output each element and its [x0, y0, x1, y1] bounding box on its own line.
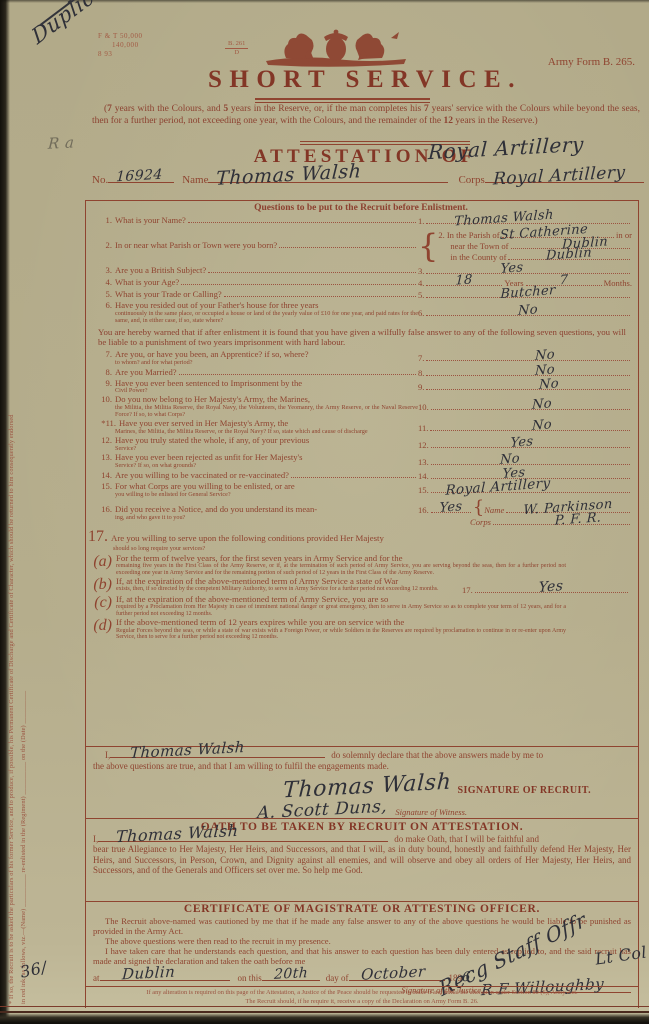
form-code-fraction: B. 261 D — [225, 40, 248, 57]
bottom-rule-thin — [0, 1006, 649, 1007]
question-row-9: 9.Have you ever been sentenced to Impris… — [88, 379, 634, 396]
footer-note-1: If any alteration is required on this pa… — [85, 989, 639, 998]
answer-10-value: No — [532, 397, 552, 413]
answer-17-value: Yes — [539, 578, 564, 596]
corner-mark-annotation: 36/ — [18, 957, 49, 981]
attestation-form-page: * If so, the Recruit is to be asked the … — [0, 0, 649, 1024]
oath-name-field: Thomas Walsh — [98, 841, 388, 842]
day-field: 20th — [262, 980, 320, 981]
day-value: 20th — [273, 965, 308, 983]
answer-7-value: No — [534, 347, 554, 363]
answer-11-value: No — [532, 417, 552, 433]
number-label: No. — [92, 174, 108, 186]
question-8-text: Are you Married? — [115, 368, 177, 378]
service-terms: (7 years with the Colours, and 5 years i… — [92, 104, 640, 127]
place-field: Dublin — [100, 980, 230, 981]
question-17-text: Are you willing to serve upon the follow… — [111, 533, 384, 543]
oath-body: bear true Allegiance to Her Majesty, Her… — [93, 844, 631, 876]
question-row-2: 2.In or near what Parish or Town were yo… — [88, 227, 634, 265]
question-4-text: What is your Age? — [115, 278, 179, 288]
notice-giver-corps: P. F. R. — [554, 510, 601, 528]
left-margin-note-outer: * If so, the Recruit is to be asked the … — [8, 414, 15, 1004]
certificate-heading: CERTIFICATE OF MAGISTRATE OR ATTESTING O… — [93, 903, 631, 916]
answer-16-value: Yes — [439, 499, 462, 516]
question-1-text: What is your Name? — [115, 216, 186, 226]
recruit-name-field: Thomas Walsh — [208, 182, 448, 183]
answer-5-value: Butcher — [500, 283, 556, 302]
oath-section: OATH TO BE TAKEN BY RECRUIT ON ATTESTATI… — [85, 818, 639, 902]
month-value: October — [360, 963, 425, 984]
question-row-17: 17.Are you willing to serve upon the fol… — [88, 528, 634, 641]
question-row-10: 10.Do you now belong to Her Majesty's Ar… — [88, 395, 634, 419]
county-value: Dublin — [546, 245, 593, 263]
question-row-15: 15.For what Corps are you willing to be … — [88, 482, 634, 499]
question-2-text: In or near what Parish or Town were you … — [115, 241, 277, 251]
witness-signature-label: Signature of Witness. — [395, 807, 467, 817]
question-row-12: 12.Have you truly stated the whole, if a… — [88, 436, 634, 453]
recruit-signature-label: SIGNATURE OF RECRUIT. — [457, 785, 591, 797]
age-years-value: 18 — [456, 272, 474, 288]
month-field: October — [349, 980, 445, 981]
form-title: SHORT SERVICE. — [85, 66, 645, 94]
question-row-11: *11.Have you ever served in Her Majesty'… — [88, 419, 634, 436]
questions-box: Questions to be put to the Recruit befor… — [85, 200, 639, 747]
scan-edge-bottom — [0, 1013, 649, 1024]
question-3-text: Are you a British Subject? — [115, 266, 206, 276]
answer-6-value: No — [518, 302, 538, 318]
question-5-text: What is your Trade or Calling? — [115, 290, 222, 300]
answer-9-value: No — [538, 376, 558, 392]
place-value: Dublin — [121, 963, 175, 983]
declaration-name-field: Thomas Walsh — [110, 757, 325, 758]
answer-3-value: Yes — [500, 260, 523, 277]
footer-note-2: The Recruit should, if he require it, re… — [85, 998, 639, 1007]
answer-12-value: Yes — [511, 434, 534, 451]
regimental-number-field: 16924 — [108, 182, 174, 183]
question-row-13: 13.Have you ever been rejected as unfit … — [88, 453, 634, 470]
question-row-6: 6.Have you resided out of your Father's … — [88, 301, 634, 325]
title-underline — [255, 98, 430, 103]
name-label: Name — [182, 174, 208, 186]
left-margin-note-inner: in red ink, as follows, viz.—(Name) ____… — [20, 691, 27, 1004]
question-row-16: 16.Did you receive a Notice, and do you … — [88, 499, 634, 528]
age-months-value: 7 — [559, 273, 568, 289]
regimental-number-value: 16924 — [116, 167, 163, 186]
question-row-3: 3.Are you a British Subject? 3.Yes — [88, 265, 634, 277]
question-14-text: Are you willing to be vaccinated or re-v… — [115, 471, 289, 481]
corps-label: Corps — [458, 174, 484, 186]
declaration-section: I, Thomas Walsh do solemnly declare that… — [85, 747, 639, 820]
pencil-annotation: R a — [48, 133, 75, 152]
attestation-identity-line: No. 16924 Name Thomas Walsh Corps Royal … — [92, 174, 644, 186]
corps-field: Royal Artillery — [485, 182, 644, 183]
footer-notes: If any alteration is required on this pa… — [85, 986, 639, 1006]
false-answer-warning: You are hereby warned that if after enli… — [88, 325, 634, 350]
question-12-text: Have you truly stated the whole, if any,… — [115, 436, 309, 446]
